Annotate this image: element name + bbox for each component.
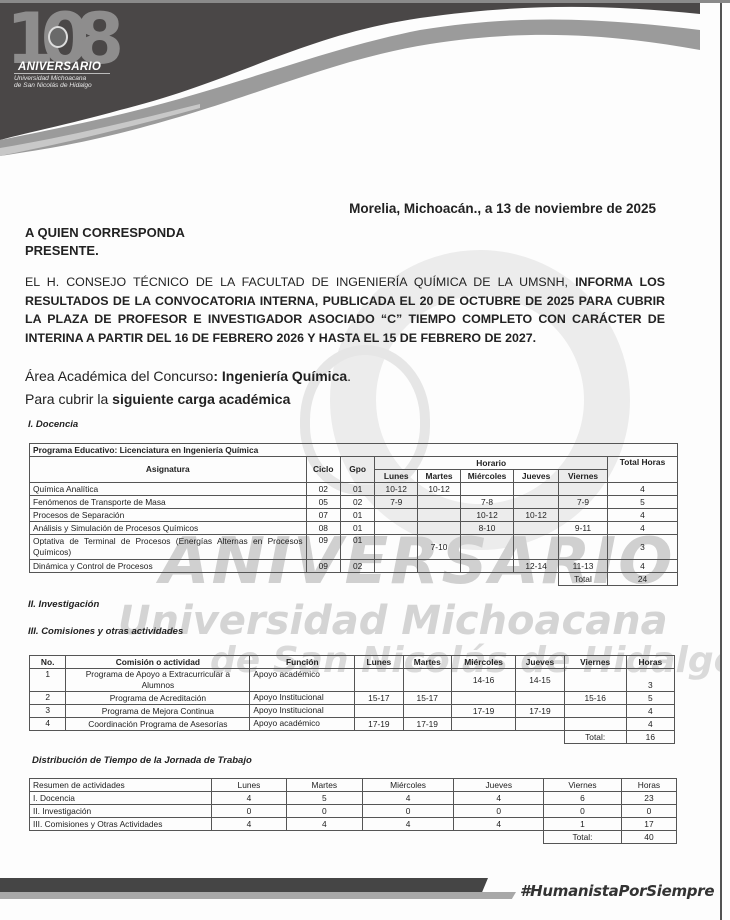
cell-lunes [375, 560, 418, 573]
cell-viernes: 0 [544, 805, 622, 818]
cell-funcion: Apoyo Institucional [250, 692, 355, 705]
cell-lunes: 4 [211, 818, 286, 831]
cell-jueves [514, 522, 559, 535]
cell-funcion: Apoyo Institucional [250, 705, 355, 718]
cell-miercoles: 0 [362, 805, 454, 818]
cell-viernes [558, 483, 607, 496]
cell-lunes: 7-9 [375, 496, 418, 509]
header-col: Jueves [516, 656, 564, 669]
table-row: 2Programa de AcreditaciónApoyo Instituci… [30, 692, 675, 705]
cell-jueves: 14-15 [516, 669, 564, 692]
footer-hashtag: #HumanistaPorSiempre [520, 882, 714, 900]
logo-university-line2: de San Nicolás de Hidalgo [14, 82, 92, 89]
header-col: Función [250, 656, 355, 669]
cell-total-horas: 5 [608, 496, 678, 509]
cell-miercoles: 10-12 [460, 509, 513, 522]
cell-miercoles [451, 718, 515, 731]
header-ciclo: Ciclo [306, 457, 340, 483]
carga-label: Para cubrir la [25, 391, 112, 407]
cell-jueves: 17-19 [516, 705, 564, 718]
carga-value: siguiente carga académica [112, 391, 290, 407]
cell-lunes: 17-19 [355, 718, 403, 731]
table-row: Optativa de Terminal de Procesos (Energí… [30, 535, 678, 560]
cell-horas: 0 [621, 805, 676, 818]
cell-martes [403, 669, 451, 692]
addressee-line2: PRESENTE. [25, 242, 185, 260]
header-col: No. [30, 656, 66, 669]
cell-gpo: 01 [340, 483, 374, 496]
header-col: Jueves [454, 779, 544, 792]
cell-ciclo: 05 [306, 496, 340, 509]
cell-no: 3 [30, 705, 66, 718]
header-asignatura: Asignatura [30, 457, 307, 483]
cell-lunes [355, 669, 403, 692]
cell-martes: 0 [286, 805, 362, 818]
scan-top-border [0, 0, 730, 3]
cell-total-horas: 4 [608, 522, 678, 535]
comisiones-table: No.Comisión o actividadFunciónLunesMarte… [29, 655, 675, 744]
footer-bar-dark [0, 878, 488, 892]
header-col: Lunes [211, 779, 286, 792]
distribucion-total-value: 40 [621, 831, 676, 844]
cell-lunes [355, 705, 403, 718]
header-martes: Martes [418, 470, 461, 483]
cell-viernes [564, 705, 626, 718]
docencia-total-value: 24 [608, 573, 678, 586]
program-label: Programa Educativo: Licenciatura en Inge… [30, 444, 678, 457]
cell-miercoles: 17-19 [451, 705, 515, 718]
cell-jueves: 0 [454, 805, 544, 818]
cell-viernes: 1 [544, 818, 622, 831]
cell-lunes [375, 535, 418, 560]
cell-comision: Coordinación Programa de Asesorías [66, 718, 250, 731]
cell-no: 4 [30, 718, 66, 731]
header-col: Resumen de actividades [30, 779, 212, 792]
comisiones-rows: 1Programa de Apoyo a Extracurricular a A… [30, 669, 675, 731]
header-col: Horas [621, 779, 676, 792]
cell-ciclo: 09 [306, 535, 340, 560]
section-comisiones: III. Comisiones y otras actividades [28, 626, 183, 637]
cell-miercoles: 8-10 [460, 522, 513, 535]
section-docencia: I. Docencia [28, 419, 78, 430]
cell-lunes: 10-12 [375, 483, 418, 496]
cell-ciclo: 09 [306, 560, 340, 573]
comisiones-header-row: No.Comisión o actividadFunciónLunesMarte… [30, 656, 675, 669]
cell-martes [418, 560, 461, 573]
cell-funcion: Apoyo académico [250, 669, 355, 692]
cell-total-horas: 4 [608, 483, 678, 496]
cell-martes: 7-10 [418, 535, 461, 560]
cell-martes: 4 [286, 818, 362, 831]
docencia-rows: Química Analítica020110-1210-124Fenómeno… [30, 483, 678, 573]
section-investigacion: II. Investigación [28, 599, 99, 610]
cell-gpo: 01 [340, 535, 374, 560]
header-col: Comisión o actividad [66, 656, 250, 669]
body-intro: EL H. CONSEJO TÉCNICO DE LA FACULTAD DE … [25, 275, 575, 289]
table-row: Dinámica y Control de Procesos090212-141… [30, 560, 678, 573]
cell-viernes: 11-13 [558, 560, 607, 573]
cell-horas: 23 [621, 792, 676, 805]
comisiones-total-label: Total: [564, 731, 626, 744]
cell-jueves [514, 483, 559, 496]
cell-asignatura: Fenómenos de Transporte de Masa [30, 496, 307, 509]
header-viernes: Viernes [558, 470, 607, 483]
cell-gpo: 01 [340, 522, 374, 535]
cell-asignatura: Dinámica y Control de Procesos [30, 560, 307, 573]
cell-horas: 5 [626, 692, 674, 705]
academic-area: Área Académica del Concurso: Ingeniería … [25, 368, 351, 384]
cell-horas: 4 [626, 705, 674, 718]
header-lunes: Lunes [375, 470, 418, 483]
cell-miercoles [460, 483, 513, 496]
addressee-line1: A QUIEN CORRESPONDA [25, 224, 185, 242]
cell-ciclo: 02 [306, 483, 340, 496]
table-row: I. Docencia4544623 [30, 792, 677, 805]
watermark-university: Universidad Michoacana [118, 598, 668, 644]
area-end: . [347, 368, 351, 384]
header-col: Miércoles [362, 779, 454, 792]
cell-viernes: 7-9 [558, 496, 607, 509]
cell-viernes [558, 535, 607, 560]
cell-viernes [564, 669, 626, 692]
header-miercoles: Miércoles [460, 470, 513, 483]
cell-lunes [375, 522, 418, 535]
header-col: Viernes [544, 779, 622, 792]
cell-martes: 15-17 [403, 692, 451, 705]
cell-viernes: 9-11 [558, 522, 607, 535]
academic-load: Para cubrir la siguiente carga académica [25, 391, 290, 407]
cell-label: I. Docencia [30, 792, 212, 805]
cell-no: 2 [30, 692, 66, 705]
area-label: Área Académica del Concurso [25, 368, 213, 384]
cell-miercoles: 7-8 [460, 496, 513, 509]
distribucion-total-label: Total: [544, 831, 622, 844]
area-value: : Ingeniería Química [213, 368, 347, 384]
cell-miercoles [451, 692, 515, 705]
cell-jueves: 10-12 [514, 509, 559, 522]
table-row: II. Investigación000000 [30, 805, 677, 818]
cell-lunes: 15-17 [355, 692, 403, 705]
cell-jueves: 4 [454, 792, 544, 805]
cell-comision: Programa de Apoyo a Extracurricular a Al… [66, 669, 250, 692]
letter-date: Morelia, Michoacán., a 13 de noviembre d… [349, 201, 656, 216]
document-page: 108 ANIVERSARIO Universidad Michoacana d… [0, 0, 722, 920]
header-col: Horas [626, 656, 674, 669]
header-col: Martes [403, 656, 451, 669]
cell-martes [418, 509, 461, 522]
table-row: Fenómenos de Transporte de Masa05027-97-… [30, 496, 678, 509]
section-distribucion: Distribución de Tiempo de la Jornada de … [32, 755, 252, 766]
cell-ciclo: 07 [306, 509, 340, 522]
logo-title: ANIVERSARIO [18, 61, 101, 73]
cell-total-horas: 3 [608, 535, 678, 560]
cell-total-horas: 4 [608, 509, 678, 522]
distribucion-rows: I. Docencia4544623II. Investigación00000… [30, 792, 677, 831]
distribucion-header-row: Resumen de actividadesLunesMartesMiércol… [30, 779, 677, 792]
cell-martes [403, 705, 451, 718]
cell-horas: 3 [626, 669, 674, 692]
cell-funcion: Apoyo académico [250, 718, 355, 731]
letter-body: EL H. CONSEJO TÉCNICO DE LA FACULTAD DE … [25, 273, 665, 347]
table-row: 3Programa de Mejora ContinuaApoyo Instit… [30, 705, 675, 718]
cell-jueves [514, 496, 559, 509]
university-seal-icon [48, 26, 68, 48]
cell-ciclo: 08 [306, 522, 340, 535]
cell-gpo: 01 [340, 509, 374, 522]
cell-asignatura: Optativa de Terminal de Procesos (Energí… [30, 535, 307, 560]
cell-martes [418, 522, 461, 535]
cell-jueves [516, 718, 564, 731]
distribucion-table: Resumen de actividadesLunesMartesMiércol… [29, 778, 677, 844]
docencia-table: Programa Educativo: Licenciatura en Inge… [29, 443, 678, 586]
cell-martes [418, 496, 461, 509]
cell-jueves: 4 [454, 818, 544, 831]
cell-asignatura: Procesos de Separación [30, 509, 307, 522]
cell-martes: 17-19 [403, 718, 451, 731]
cell-no: 1 [30, 669, 66, 692]
logo-university-line1: Universidad Michoacana [14, 75, 86, 82]
page-edge [720, 0, 730, 920]
cell-asignatura: Química Analítica [30, 483, 307, 496]
cell-martes: 10-12 [418, 483, 461, 496]
cell-jueves [514, 535, 559, 560]
header-col: Martes [286, 779, 362, 792]
header-total-horas: Total Horas [608, 457, 678, 483]
cell-asignatura: Análisis y Simulación de Procesos Químic… [30, 522, 307, 535]
cell-horas: 4 [626, 718, 674, 731]
cell-comision: Programa de Acreditación [66, 692, 250, 705]
footer-bar-light [0, 892, 516, 899]
cell-miercoles [460, 560, 513, 573]
addressee: A QUIEN CORRESPONDA PRESENTE. [25, 224, 185, 260]
cell-viernes: 15-16 [564, 692, 626, 705]
cell-viernes [558, 509, 607, 522]
cell-miercoles: 14-16 [451, 669, 515, 692]
header-gpo: Gpo [340, 457, 374, 483]
cell-lunes: 4 [211, 792, 286, 805]
anniversary-logo: 108 ANIVERSARIO Universidad Michoacana d… [4, 4, 116, 92]
cell-comision: Programa de Mejora Continua [66, 705, 250, 718]
cell-viernes: 6 [544, 792, 622, 805]
cell-martes: 5 [286, 792, 362, 805]
cell-viernes [564, 718, 626, 731]
cell-lunes [375, 509, 418, 522]
cell-gpo: 02 [340, 560, 374, 573]
cell-miercoles: 4 [362, 792, 454, 805]
cell-horas: 17 [621, 818, 676, 831]
docencia-total-label: Total [558, 573, 607, 586]
header-col: Miércoles [451, 656, 515, 669]
cell-label: III. Comisiones y Otras Actividades [30, 818, 212, 831]
cell-label: II. Investigación [30, 805, 212, 818]
cell-miercoles: 4 [362, 818, 454, 831]
comisiones-total-value: 16 [626, 731, 674, 744]
cell-jueves: 12-14 [514, 560, 559, 573]
header-col: Lunes [355, 656, 403, 669]
logo-divider [14, 73, 110, 74]
table-row: Química Analítica020110-1210-124 [30, 483, 678, 496]
cell-jueves [516, 692, 564, 705]
table-row: Análisis y Simulación de Procesos Químic… [30, 522, 678, 535]
cell-miercoles [460, 535, 513, 560]
cell-lunes: 0 [211, 805, 286, 818]
table-row: 1Programa de Apoyo a Extracurricular a A… [30, 669, 675, 692]
header-col: Viernes [564, 656, 626, 669]
cell-gpo: 02 [340, 496, 374, 509]
cell-total-horas: 4 [608, 560, 678, 573]
table-row: Procesos de Separación070110-1210-124 [30, 509, 678, 522]
table-row: 4Coordinación Programa de AsesoríasApoyo… [30, 718, 675, 731]
table-row: III. Comisiones y Otras Actividades44441… [30, 818, 677, 831]
header-jueves: Jueves [514, 470, 559, 483]
header-horario: Horario [375, 457, 608, 470]
